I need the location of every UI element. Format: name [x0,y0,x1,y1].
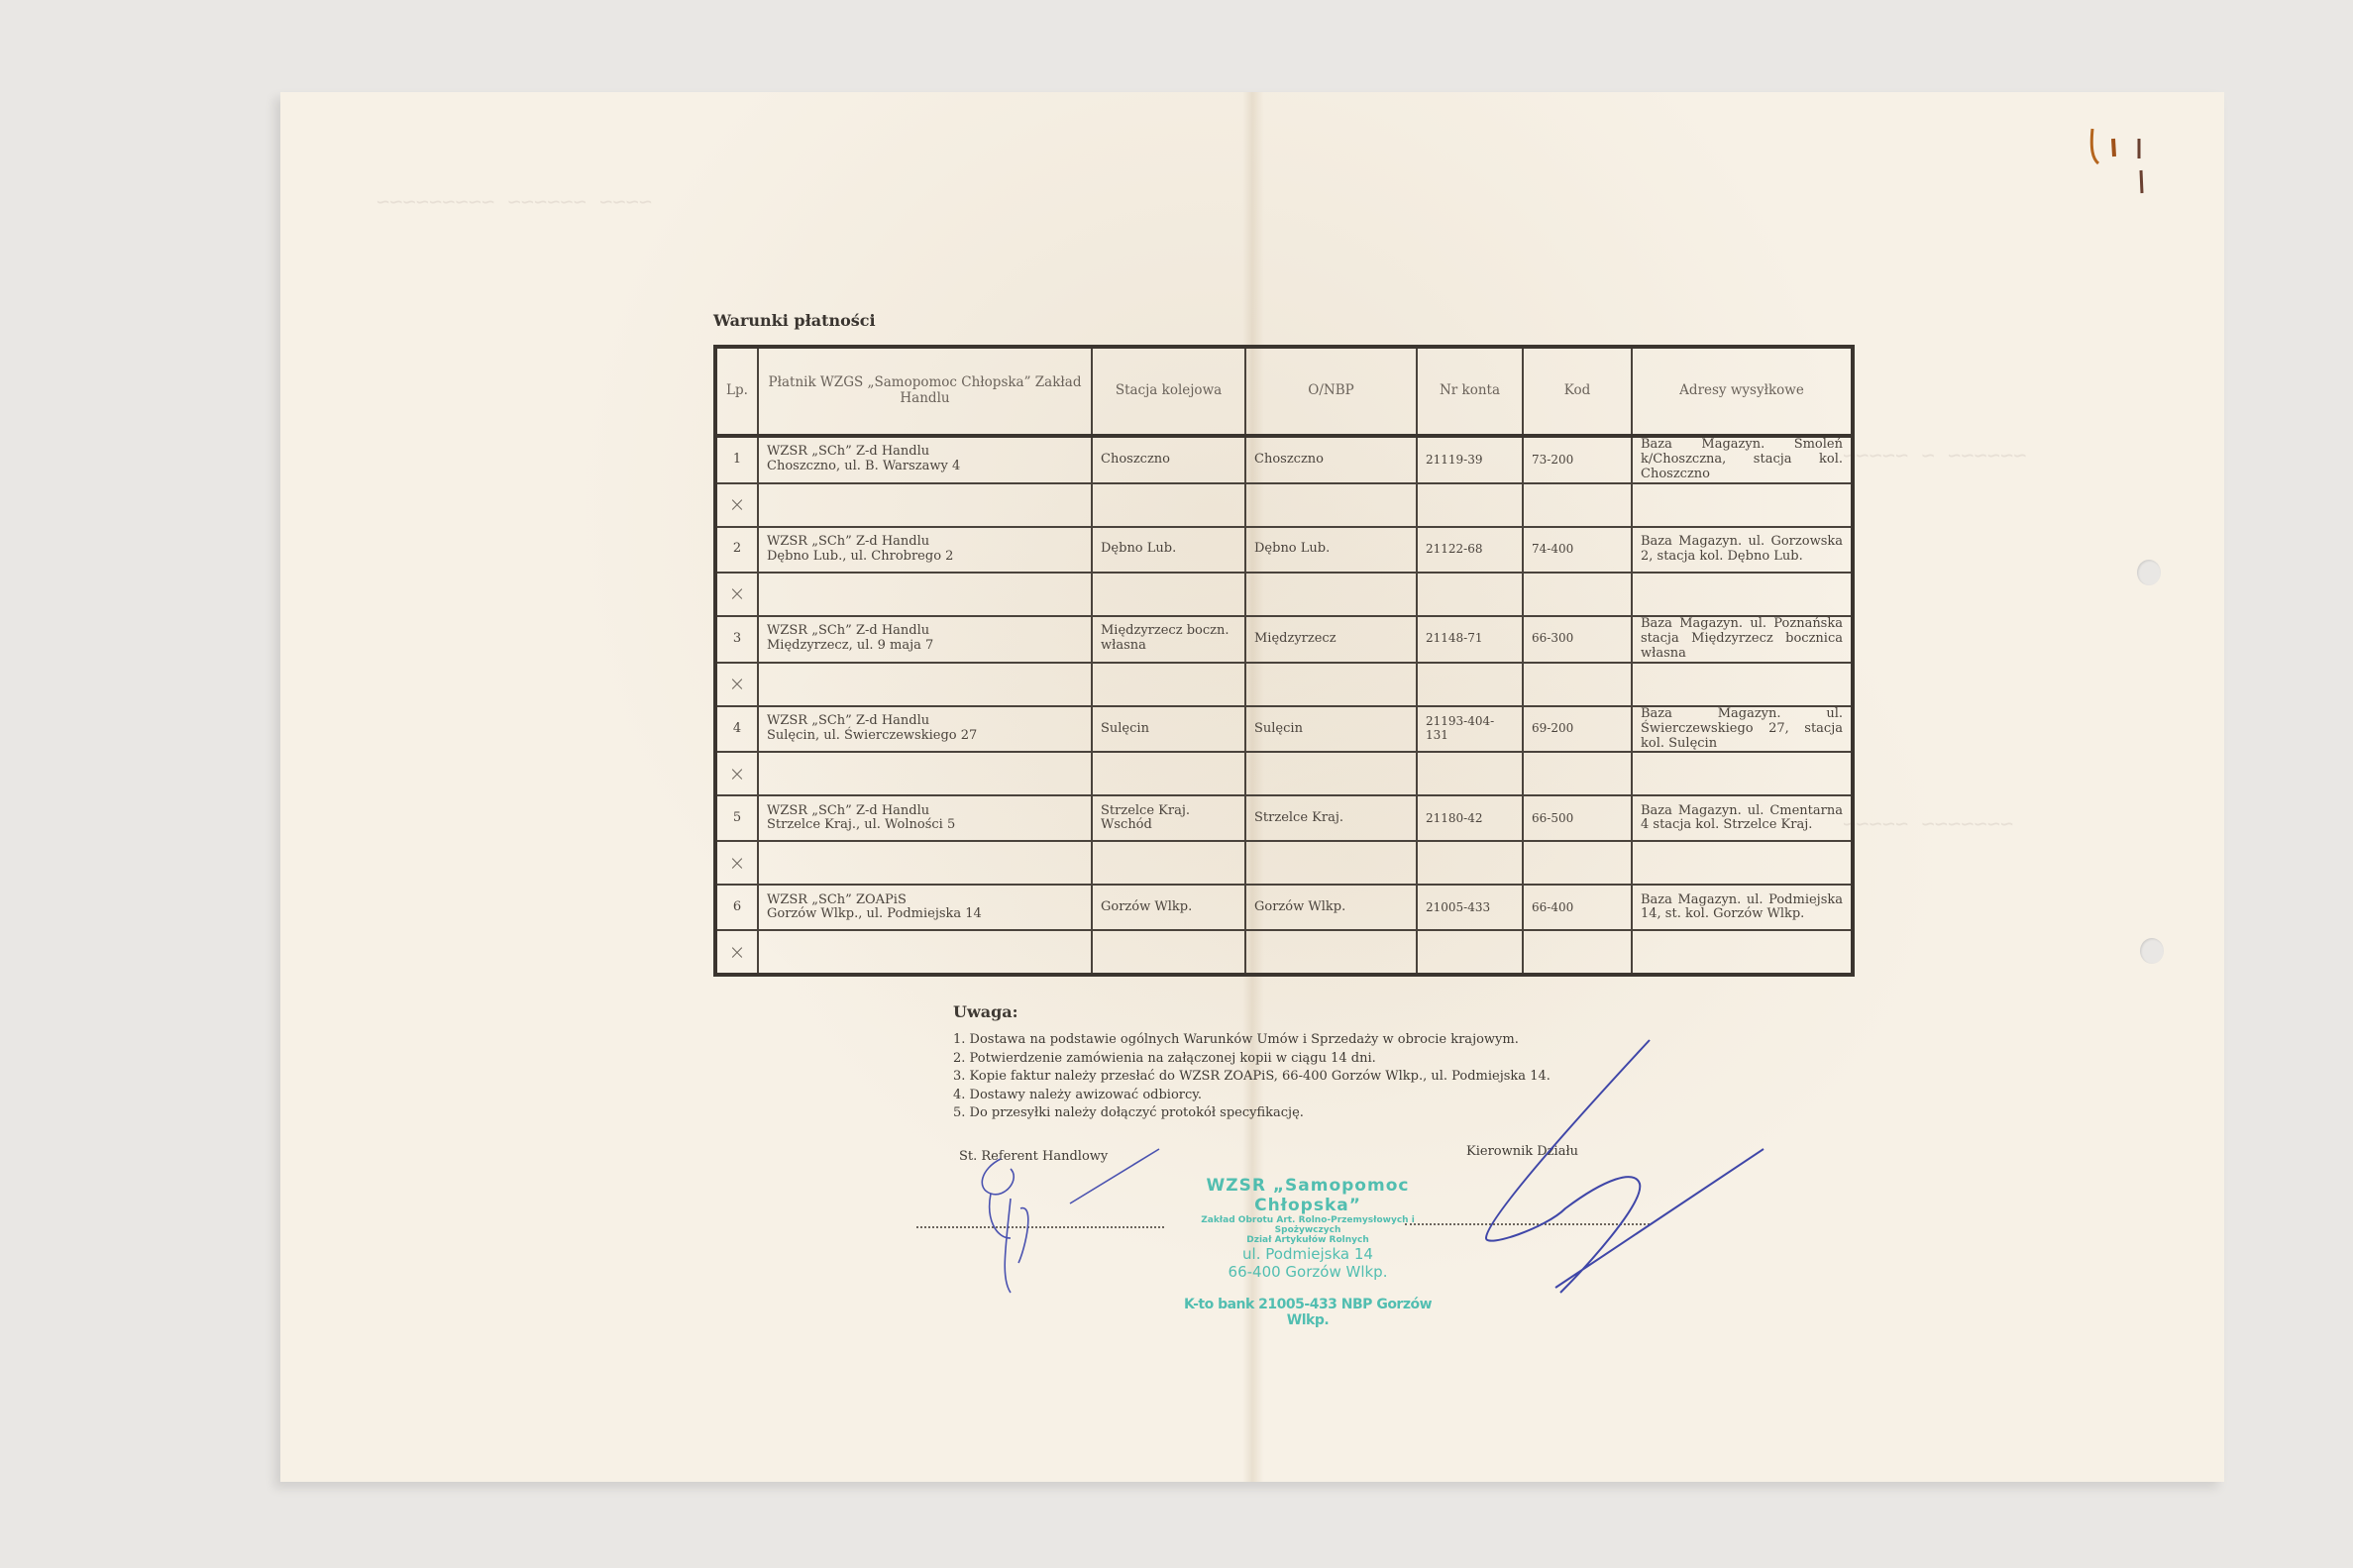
handwritten-signatures [0,0,2353,1568]
signature-manager-icon [1486,1040,1764,1293]
corner-mark-icon [2091,129,2098,163]
corner-mark-icon [2113,139,2114,157]
corner-mark-icon [2139,139,2142,193]
signature-referent-icon [982,1149,1159,1293]
